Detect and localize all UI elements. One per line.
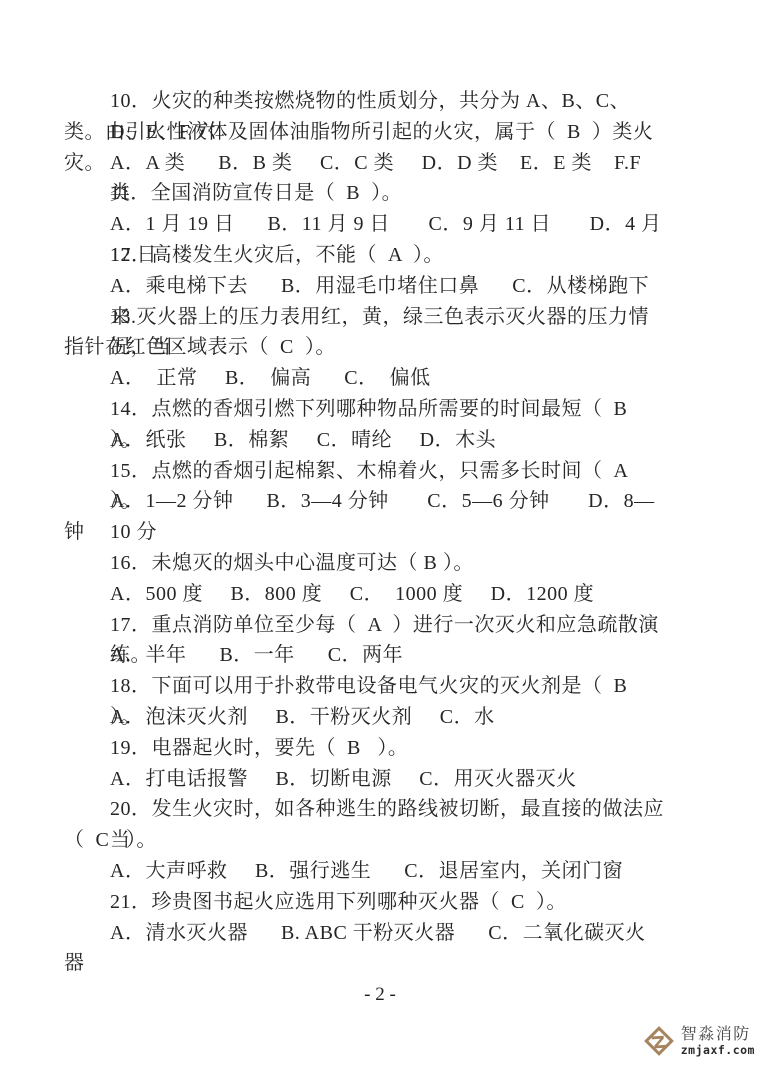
- question-16-text: 16．未熄灭的烟头中心温度可达（ B ）。: [64, 548, 664, 579]
- question-20-line-2: （ C ）。: [64, 825, 664, 856]
- question-21-text: 21．珍贵图书起火应选用下列哪种灭火器（ C ）。: [64, 887, 664, 918]
- question-13-line-2: 指针在红色区域表示（ C ）。: [64, 332, 664, 363]
- document-page: { "page": { "background_color": "#ffffff…: [0, 0, 760, 1066]
- question-20-line-1: 20．发生火灾时，如各种逃生的路线被切断，最直接的做法应当: [64, 794, 664, 825]
- question-15-text: 15．点燃的香烟引起棉絮、木棉着火，只需多长时间（ A ）。: [64, 456, 664, 487]
- question-16-options: A．500 度 B．800 度 C． 1000 度 D．1200 度: [64, 579, 664, 610]
- question-20-options: A．大声呼救 B．强行逃生 C．退居室内，关闭门窗: [64, 856, 664, 887]
- question-11-options: A．1 月 19 日 B．11 月 9 日 C．9 月 11 日 D．4 月 1…: [64, 209, 664, 240]
- diamond-z-logo-icon: [642, 1024, 676, 1058]
- question-19-options: A．打电话报警 B．切断电源 C．用灭火器灭火: [64, 764, 664, 795]
- question-17-text: 17．重点消防单位至少每（ A ）进行一次灭火和应急疏散演练。: [64, 610, 664, 641]
- question-13-line-1: 13.灭火器上的压力表用红，黄，绿三色表示灭火器的压力情况，当: [64, 302, 664, 333]
- brand-text-block: 智淼消防 zmjaxf.com: [681, 1026, 755, 1057]
- question-15-options-line-1: A．1—2 分钟 B．3—4 分钟 C．5—6 分钟 D．8—10 分: [64, 486, 664, 517]
- question-18-text: 18．下面可以用于扑救带电设备电气火灾的灭火剂是（ B ）。: [64, 671, 664, 702]
- question-10-line-1: 10．火灾的种类按燃烧物的性质划分，共分为 A、B、C、D、E、F 六: [64, 86, 664, 117]
- question-12-options: A．乘电梯下去 B．用湿毛巾堵住口鼻 C．从楼梯跑下来: [64, 271, 664, 302]
- question-17-options: A．半年 B．一年 C．两年: [64, 640, 664, 671]
- question-14-text: 14．点燃的香烟引燃下列哪种物品所需要的时间最短（ B ）。: [64, 394, 664, 425]
- question-13-options: A． 正常 B． 偏高 C． 偏低: [64, 363, 664, 394]
- brand-domain: zmjaxf.com: [681, 1044, 755, 1057]
- question-14-options: A．纸张 B．棉絮 C．晴纶 D．木头: [64, 425, 664, 456]
- page-number: - 2 -: [0, 984, 760, 1006]
- question-10-options: A．A 类 B．B 类 C．C 类 D．D 类 E．E 类 F.F 类: [64, 148, 664, 179]
- question-18-options: A．泡沫灭火剂 B．干粉灭火剂 C．水: [64, 702, 664, 733]
- zmjaxf-watermark-logo: 智淼消防 zmjaxf.com: [642, 1024, 755, 1058]
- question-12-text: 12．高楼发生火灾后，不能（ A ）。: [64, 240, 664, 271]
- exam-question-body: 10．火灾的种类按燃烧物的性质划分，共分为 A、B、C、D、E、F 六 类。由引…: [64, 86, 664, 979]
- question-19-text: 19．电器起火时，要先（ B ）。: [64, 733, 664, 764]
- brand-name: 智淼消防: [681, 1026, 755, 1044]
- question-21-options-line-1: A．清水灭火器 B. ABC 干粉灭火器 C．二氧化碳灭火: [64, 918, 664, 949]
- question-10-line-2: 类。由引火性液体及固体油脂物所引起的火灾，属于（ B ）类火灾。: [64, 117, 664, 148]
- question-21-options-line-2: 器: [64, 948, 664, 979]
- question-11-text: 11．全国消防宣传日是（ B ）。: [64, 178, 664, 209]
